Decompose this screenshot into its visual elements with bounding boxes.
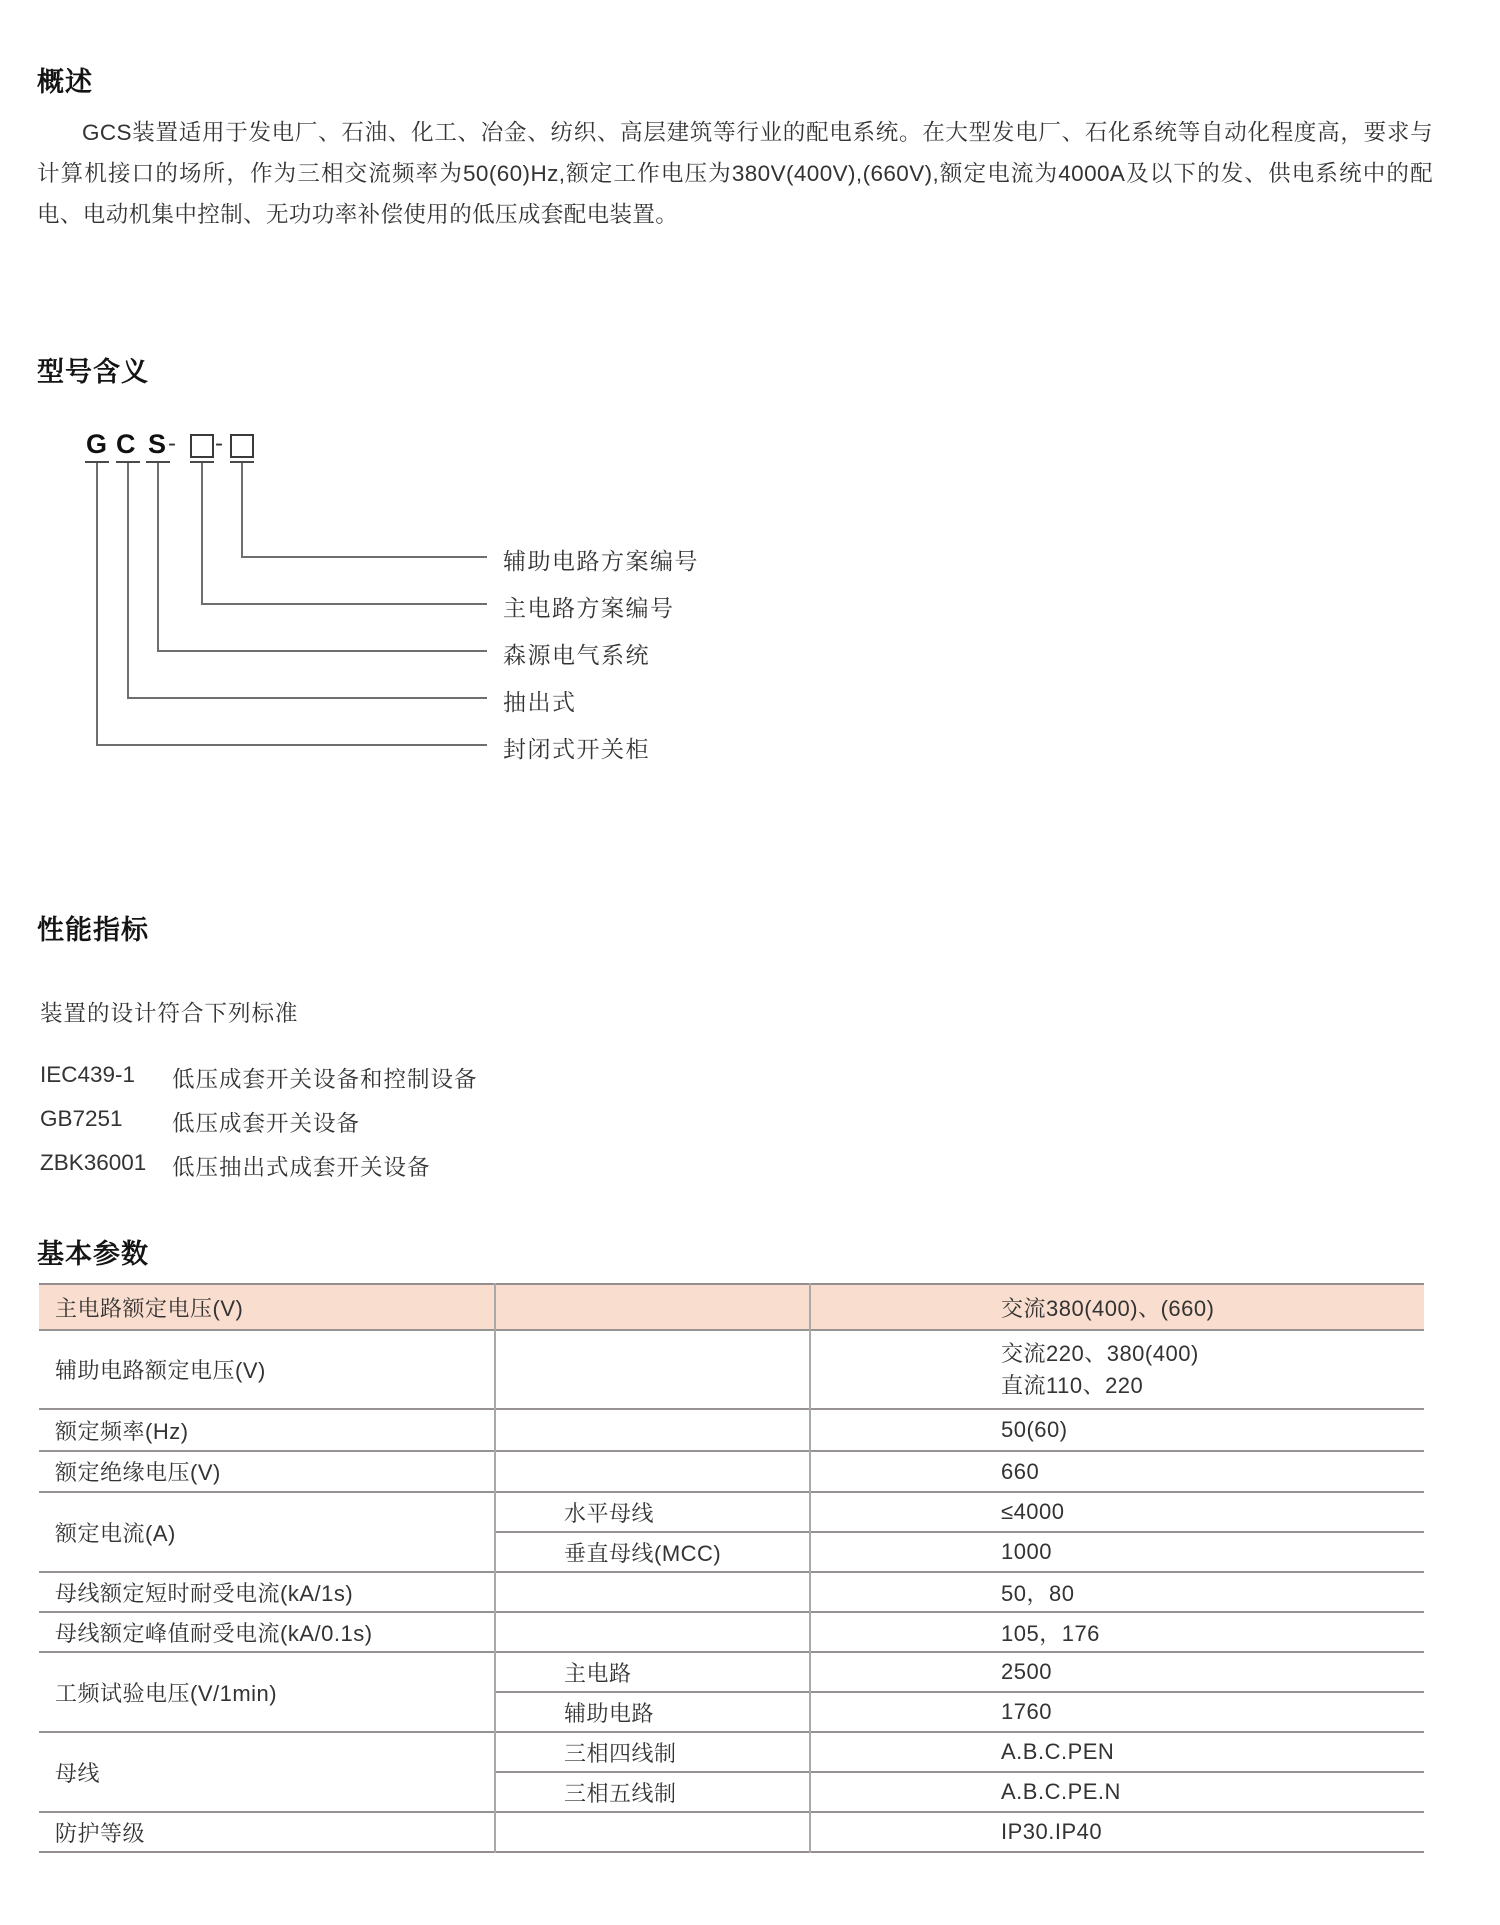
param-value: 交流220、380(400) 直流110、220 <box>810 1330 1424 1409</box>
param-sub <box>495 1284 810 1330</box>
param-sub: 水平母线 <box>495 1492 810 1532</box>
param-value: 105，176 <box>810 1612 1424 1652</box>
standard-code: IEC439-1 <box>40 1062 172 1094</box>
standard-desc: 低压抽出式成套开关设备 <box>172 1150 431 1182</box>
param-sub <box>495 1451 810 1492</box>
standard-row: GB7251 低压成套开关设备 <box>40 1106 360 1138</box>
param-value: 1000 <box>810 1532 1424 1572</box>
param-label: 母线额定短时耐受电流(kA/1s) <box>39 1572 495 1612</box>
param-sub: 辅助电路 <box>495 1692 810 1732</box>
param-value: 50(60) <box>810 1409 1424 1451</box>
param-sub: 三相四线制 <box>495 1732 810 1772</box>
param-sub: 主电路 <box>495 1652 810 1692</box>
table-row: 母线 三相四线制 A.B.C.PEN <box>39 1732 1424 1772</box>
param-value: A.B.C.PE.N <box>810 1772 1424 1812</box>
param-sub <box>495 1812 810 1852</box>
param-label: 母线 <box>39 1732 495 1812</box>
model-letter-c: C <box>116 429 136 460</box>
model-hyphen-2: - <box>215 430 223 458</box>
table-row: 辅助电路额定电压(V) 交流220、380(400) 直流110、220 <box>39 1330 1424 1409</box>
standard-row: IEC439-1 低压成套开关设备和控制设备 <box>40 1062 478 1094</box>
param-value: A.B.C.PEN <box>810 1732 1424 1772</box>
param-value: 50，80 <box>810 1572 1424 1612</box>
standard-code: GB7251 <box>40 1106 172 1138</box>
document-page: 概述 GCS装置适用于发电厂、石油、化工、冶金、纺织、高层建筑等行业的配电系统。… <box>0 0 1500 1925</box>
model-label-senyuan: 森源电气系统 <box>503 637 650 670</box>
param-sub <box>495 1572 810 1612</box>
model-box-main-circuit <box>190 434 214 458</box>
param-label: 主电路额定电压(V) <box>39 1284 495 1330</box>
table-row: 母线额定峰值耐受电流(kA/0.1s) 105，176 <box>39 1612 1424 1652</box>
model-label-drawout: 抽出式 <box>503 684 577 717</box>
param-label: 额定频率(Hz) <box>39 1409 495 1451</box>
table-row: 防护等级 IP30.IP40 <box>39 1812 1424 1852</box>
model-label-aux-scheme: 辅助电路方案编号 <box>503 543 699 576</box>
overview-heading: 概述 <box>37 60 93 99</box>
param-value: IP30.IP40 <box>810 1812 1424 1852</box>
param-label: 防护等级 <box>39 1812 495 1852</box>
model-label-main-scheme: 主电路方案编号 <box>503 590 675 623</box>
model-hyphen-1: - <box>168 430 176 458</box>
model-box-aux-circuit <box>230 434 254 458</box>
standard-desc: 低压成套开关设备 <box>172 1106 360 1138</box>
param-label: 母线额定峰值耐受电流(kA/0.1s) <box>39 1612 495 1652</box>
table-row: 母线额定短时耐受电流(kA/1s) 50，80 <box>39 1572 1424 1612</box>
param-sub <box>495 1409 810 1451</box>
param-label: 额定绝缘电压(V) <box>39 1451 495 1492</box>
performance-intro: 装置的设计符合下列标准 <box>40 996 299 1028</box>
standard-desc: 低压成套开关设备和控制设备 <box>172 1062 478 1094</box>
table-row: 工频试验电压(V/1min) 主电路 2500 <box>39 1652 1424 1692</box>
param-label: 辅助电路额定电压(V) <box>39 1330 495 1409</box>
param-sub: 垂直母线(MCC) <box>495 1532 810 1572</box>
param-sub <box>495 1330 810 1409</box>
table-row: 额定电流(A) 水平母线 ≤4000 <box>39 1492 1424 1532</box>
param-value-line: 交流220、380(400) <box>1001 1338 1424 1370</box>
model-heading: 型号含义 <box>37 350 149 389</box>
parameters-table: 主电路额定电压(V) 交流380(400)、(660) 辅助电路额定电压(V) … <box>39 1283 1424 1853</box>
param-value: ≤4000 <box>810 1492 1424 1532</box>
model-letter-s: S <box>148 429 166 460</box>
param-value: 交流380(400)、(660) <box>810 1284 1424 1330</box>
param-sub: 三相五线制 <box>495 1772 810 1812</box>
standard-row: ZBK36001 低压抽出式成套开关设备 <box>40 1150 431 1182</box>
param-sub <box>495 1612 810 1652</box>
performance-heading: 性能指标 <box>37 908 149 947</box>
leg-enclosed <box>96 463 487 746</box>
param-value: 1760 <box>810 1692 1424 1732</box>
model-letter-g: G <box>86 429 107 460</box>
table-row: 额定绝缘电压(V) 660 <box>39 1451 1424 1492</box>
table-row: 主电路额定电压(V) 交流380(400)、(660) <box>39 1284 1424 1330</box>
param-label: 工频试验电压(V/1min) <box>39 1652 495 1732</box>
model-label-enclosed: 封闭式开关柜 <box>503 731 650 764</box>
param-value-line: 直流110、220 <box>1001 1370 1424 1402</box>
standard-code: ZBK36001 <box>40 1150 172 1182</box>
param-label: 额定电流(A) <box>39 1492 495 1572</box>
param-value: 2500 <box>810 1652 1424 1692</box>
table-row: 额定频率(Hz) 50(60) <box>39 1409 1424 1451</box>
param-value: 660 <box>810 1451 1424 1492</box>
overview-paragraph: GCS装置适用于发电厂、石油、化工、冶金、纺织、高层建筑等行业的配电系统。在大型… <box>37 112 1433 235</box>
parameters-heading: 基本参数 <box>37 1232 149 1271</box>
